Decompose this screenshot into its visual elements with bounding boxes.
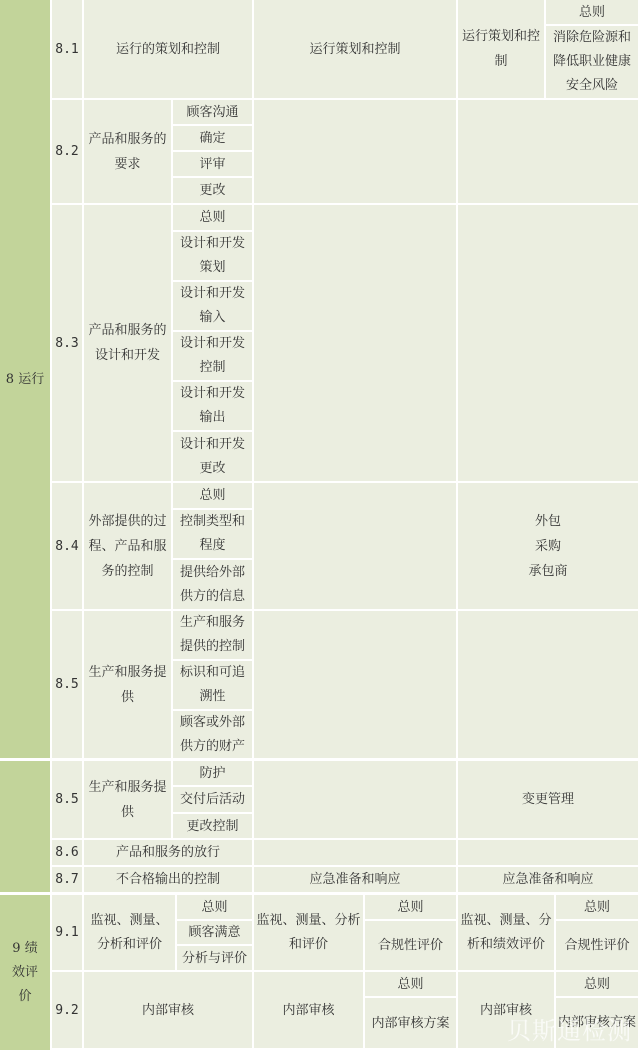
sub-clause: 交付后活动	[173, 787, 252, 812]
sub-clause: 总则	[177, 895, 252, 919]
section-8-operation-cont	[0, 761, 50, 892]
clause-number: 9.1	[52, 895, 82, 970]
ohs-change-management: 变更管理	[458, 761, 638, 838]
watermark: 贝斯通检测	[507, 1011, 632, 1046]
ohs-clause: 运行策划和控制	[458, 0, 544, 98]
clause-number: 8.6	[52, 840, 82, 865]
clause-title: 生产和服务提供	[84, 611, 171, 758]
sub-clause: 顾客沟通	[173, 100, 252, 124]
section-label: 8 运行	[6, 367, 44, 392]
sub-clause: 顾客或外部供方的财产	[173, 711, 252, 758]
clause-number: 8.3	[52, 205, 82, 481]
ohs-sub: 总则	[546, 0, 638, 24]
ohs-outsourcing: 外包采购承包商	[458, 483, 638, 609]
sub-clause: 确定	[173, 126, 252, 150]
clause-title: 产品和服务的设计和开发	[84, 205, 171, 481]
env-sub: 总则	[365, 895, 456, 919]
ohs-empty	[458, 840, 638, 865]
env-empty	[254, 761, 456, 838]
env-empty	[254, 611, 456, 758]
clause-number: 8.1	[52, 0, 82, 98]
sub-clause: 控制类型和程度	[173, 510, 252, 558]
clause-number: 8.4	[52, 483, 82, 609]
ohs-clause: 监视、测量、分析和绩效评价	[458, 895, 554, 970]
clause-number: 8.5	[52, 611, 82, 758]
env-sub: 内部审核方案	[365, 998, 456, 1048]
env-clause: 运行策划和控制	[254, 0, 456, 98]
clause-title: 不合格输出的控制	[84, 867, 252, 892]
section-8-operation: 8 运行	[0, 0, 50, 758]
env-emergency: 应急准备和响应	[254, 867, 456, 892]
env-sub: 总则	[365, 972, 456, 996]
clause-number: 8.7	[52, 867, 82, 892]
clause-title: 产品和服务的放行	[84, 840, 252, 865]
ohs-empty	[458, 611, 638, 758]
section-label: 9 绩效评价	[6, 937, 44, 1009]
ohs-sub: 消除危险源和降低职业健康安全风险	[546, 26, 638, 98]
sub-clause: 标识和可追溯性	[173, 661, 252, 709]
clause-number: 9.2	[52, 972, 82, 1048]
sub-clause: 防护	[173, 761, 252, 785]
env-empty	[254, 205, 456, 481]
sub-clause: 设计和开发更改	[173, 432, 252, 481]
ohs-empty	[458, 205, 638, 481]
sub-clause: 设计和开发策划	[173, 232, 252, 280]
sub-clause: 顾客满意	[177, 921, 252, 944]
env-empty	[254, 483, 456, 609]
clause-number: 8.2	[52, 100, 82, 203]
sub-clause: 更改	[173, 178, 252, 203]
section-9-performance: 9 绩效评价	[0, 895, 50, 1050]
clause-number: 8.5	[52, 761, 82, 838]
clause-title: 监视、测量、分析和评价	[84, 895, 175, 970]
sub-clause: 更改控制	[173, 814, 252, 838]
env-sub: 合规性评价	[365, 921, 456, 970]
sub-clause: 设计和开发控制	[173, 332, 252, 380]
sub-clause: 设计和开发输出	[173, 382, 252, 430]
sub-clause: 分析与评价	[177, 946, 252, 970]
env-empty	[254, 840, 456, 865]
ohs-empty	[458, 100, 638, 203]
clause-title: 产品和服务的要求	[84, 100, 171, 203]
env-clause: 内部审核	[254, 972, 363, 1048]
ohs-sub: 合规性评价	[556, 921, 638, 970]
env-clause: 监视、测量、分析和评价	[254, 895, 363, 970]
sub-clause: 评审	[173, 152, 252, 176]
ohs-emergency: 应急准备和响应	[458, 867, 638, 892]
clause-title: 内部审核	[84, 972, 252, 1048]
ohs-sub: 总则	[556, 972, 638, 996]
env-empty	[254, 100, 456, 203]
ohs-sub: 总则	[556, 895, 638, 919]
sub-clause: 总则	[173, 483, 252, 508]
sub-clause: 设计和开发输入	[173, 282, 252, 330]
clause-title: 生产和服务提供	[84, 761, 171, 838]
sub-clause: 提供给外部供方的信息	[173, 560, 252, 609]
sub-clause: 总则	[173, 205, 252, 230]
clause-title: 运行的策划和控制	[84, 0, 252, 98]
clause-title: 外部提供的过程、产品和服务的控制	[84, 483, 171, 609]
sub-clause: 生产和服务提供的控制	[173, 611, 252, 659]
